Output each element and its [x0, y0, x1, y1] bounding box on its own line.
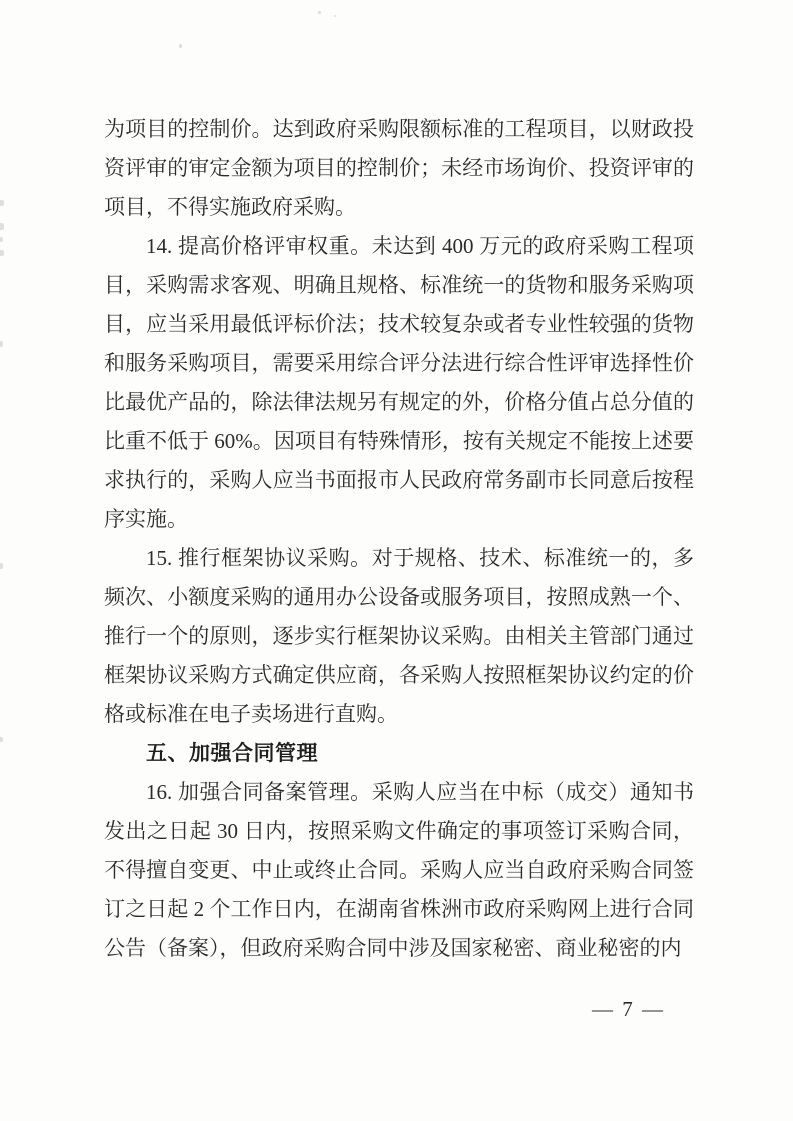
body-paragraph: 15. 推行框架协议采购。对于规格、技术、标准统一的，多频次、小额度采购的通用办… — [104, 539, 694, 734]
page-number: — 7 — — [592, 994, 665, 1024]
body-paragraph: 16. 加强合同备案管理。采购人应当在中标（成交）通知书发出之日起 30 日内，… — [104, 773, 694, 968]
body-paragraph: 为项目的控制价。达到政府采购限额标准的工程项目，以财政投资评审的审定金额为项目的… — [104, 110, 694, 227]
scan-speck — [318, 11, 321, 14]
scan-speck — [334, 15, 336, 17]
scan-speck — [0, 250, 4, 256]
scan-speck — [0, 563, 3, 569]
scan-speck — [0, 237, 3, 242]
scanned-document-page: 为项目的控制价。达到政府采购限额标准的工程项目，以财政投资评审的审定金额为项目的… — [0, 0, 793, 1121]
scan-speck — [0, 341, 3, 347]
body-paragraph: 14. 提高价格评审权重。未达到 400 万元的政府采购工程项目，采购需求客观、… — [104, 227, 694, 539]
scan-speck — [179, 44, 182, 48]
section-heading: 五、加强合同管理 — [104, 734, 694, 773]
scan-speck — [0, 200, 4, 206]
scan-speck — [0, 223, 4, 230]
document-body: 为项目的控制价。达到政府采购限额标准的工程项目，以财政投资评审的审定金额为项目的… — [104, 110, 694, 968]
scan-speck — [0, 737, 3, 742]
